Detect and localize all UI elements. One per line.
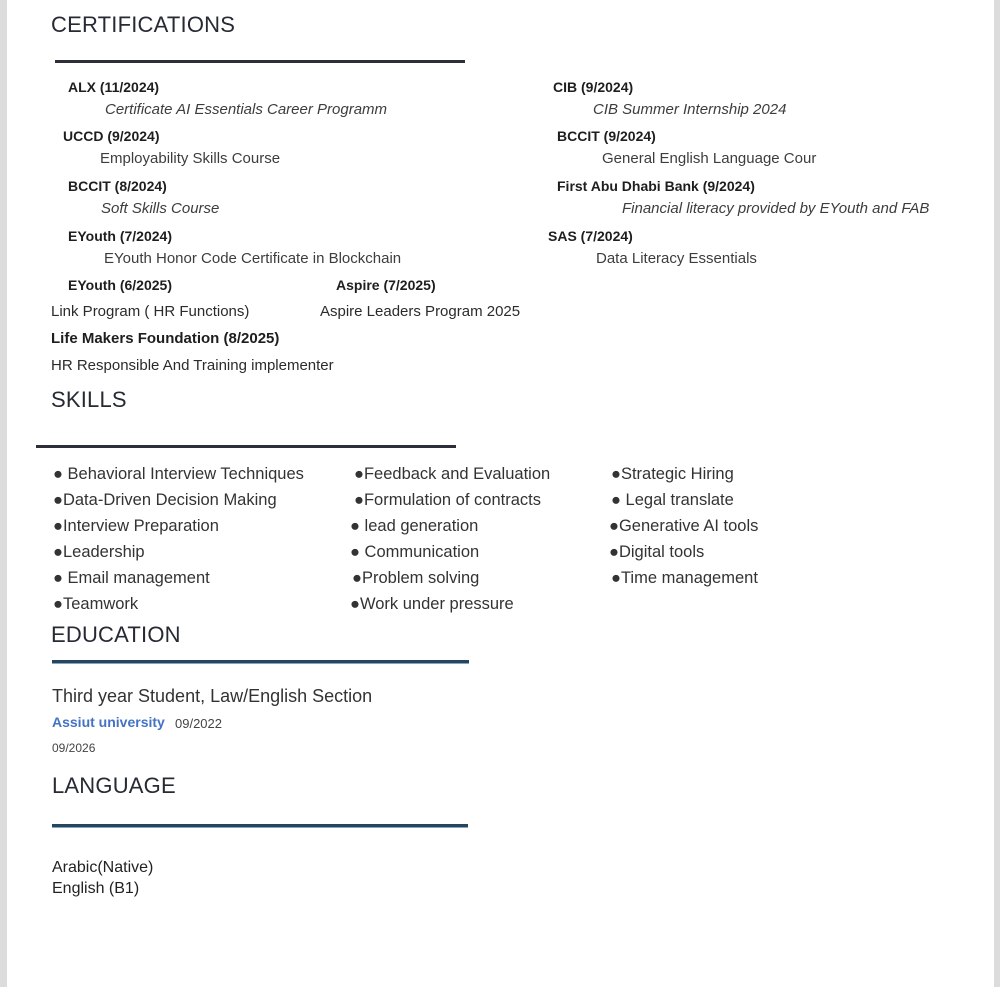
cert-org: BCCIT (8/2024): [68, 178, 167, 194]
skill-item: ●Feedback and Evaluation: [354, 465, 550, 484]
cert-org: SAS (7/2024): [548, 228, 633, 244]
education-heading: EDUCATION: [51, 622, 181, 648]
cert-desc: Employability Skills Course: [100, 150, 280, 167]
resume-page: CERTIFICATIONS ALX (11/2024) Certificate…: [7, 0, 994, 987]
certifications-heading: CERTIFICATIONS: [51, 12, 235, 38]
skill-item: ● Email management: [53, 569, 210, 588]
skill-item: ●Teamwork: [53, 595, 138, 614]
language-divider: [52, 824, 468, 828]
skill-item: ●Digital tools: [609, 543, 704, 562]
skill-item: ●Work under pressure: [350, 595, 514, 614]
skill-item: ●Data-Driven Decision Making: [53, 491, 277, 510]
cert-desc: Link Program ( HR Functions): [51, 303, 249, 320]
cert-org: ALX (11/2024): [68, 79, 159, 95]
education-degree: Third year Student, Law/English Section: [52, 686, 372, 707]
skill-item: ●Formulation of contracts: [354, 491, 541, 510]
skill-item: ● Legal translate: [611, 491, 734, 510]
cert-desc: HR Responsible And Training implementer: [51, 357, 334, 374]
education-start-date: 09/2022: [175, 716, 222, 731]
cert-desc: Aspire Leaders Program 2025: [320, 303, 520, 320]
cert-desc: Certificate AI Essentials Career Program…: [105, 101, 387, 118]
cert-org: CIB (9/2024): [553, 79, 633, 95]
cert-desc: General English Language Cour: [602, 150, 816, 167]
cert-org: BCCIT (9/2024): [557, 128, 656, 144]
language-heading: LANGUAGE: [52, 773, 176, 799]
cert-desc: Soft Skills Course: [101, 200, 219, 217]
skill-item: ●Problem solving: [352, 569, 479, 588]
cert-desc: CIB Summer Internship 2024: [593, 101, 786, 118]
cert-org: Life Makers Foundation (8/2025): [51, 330, 279, 347]
cert-desc: EYouth Honor Code Certificate in Blockch…: [104, 250, 401, 267]
cert-org: EYouth (7/2024): [68, 228, 172, 244]
cert-org: First Abu Dhabi Bank (9/2024): [557, 178, 755, 194]
cert-desc: Financial literacy provided by EYouth an…: [622, 200, 929, 217]
skill-item: ● lead generation: [350, 517, 478, 536]
skills-divider: [36, 445, 456, 448]
cert-org: Aspire (7/2025): [336, 277, 436, 293]
skill-item: ● Communication: [350, 543, 479, 562]
skill-item: ●Interview Preparation: [53, 517, 219, 536]
skill-item: ●Time management: [611, 569, 758, 588]
skill-item: ●Strategic Hiring: [611, 465, 734, 484]
education-divider: [52, 660, 469, 664]
certifications-divider: [55, 60, 465, 63]
education-end-date: 09/2026: [52, 741, 95, 755]
cert-desc: Data Literacy Essentials: [596, 250, 757, 267]
skill-item: ● Behavioral Interview Techniques: [53, 465, 304, 484]
skills-heading: SKILLS: [51, 387, 127, 413]
education-university: Assiut university: [52, 714, 165, 730]
cert-org: EYouth (6/2025): [68, 277, 172, 293]
cert-org: UCCD (9/2024): [63, 128, 159, 144]
skill-item: ●Leadership: [53, 543, 145, 562]
skill-item: ●Generative AI tools: [609, 517, 758, 536]
language-item: English (B1): [52, 878, 139, 899]
language-item: Arabic(Native): [52, 857, 153, 878]
